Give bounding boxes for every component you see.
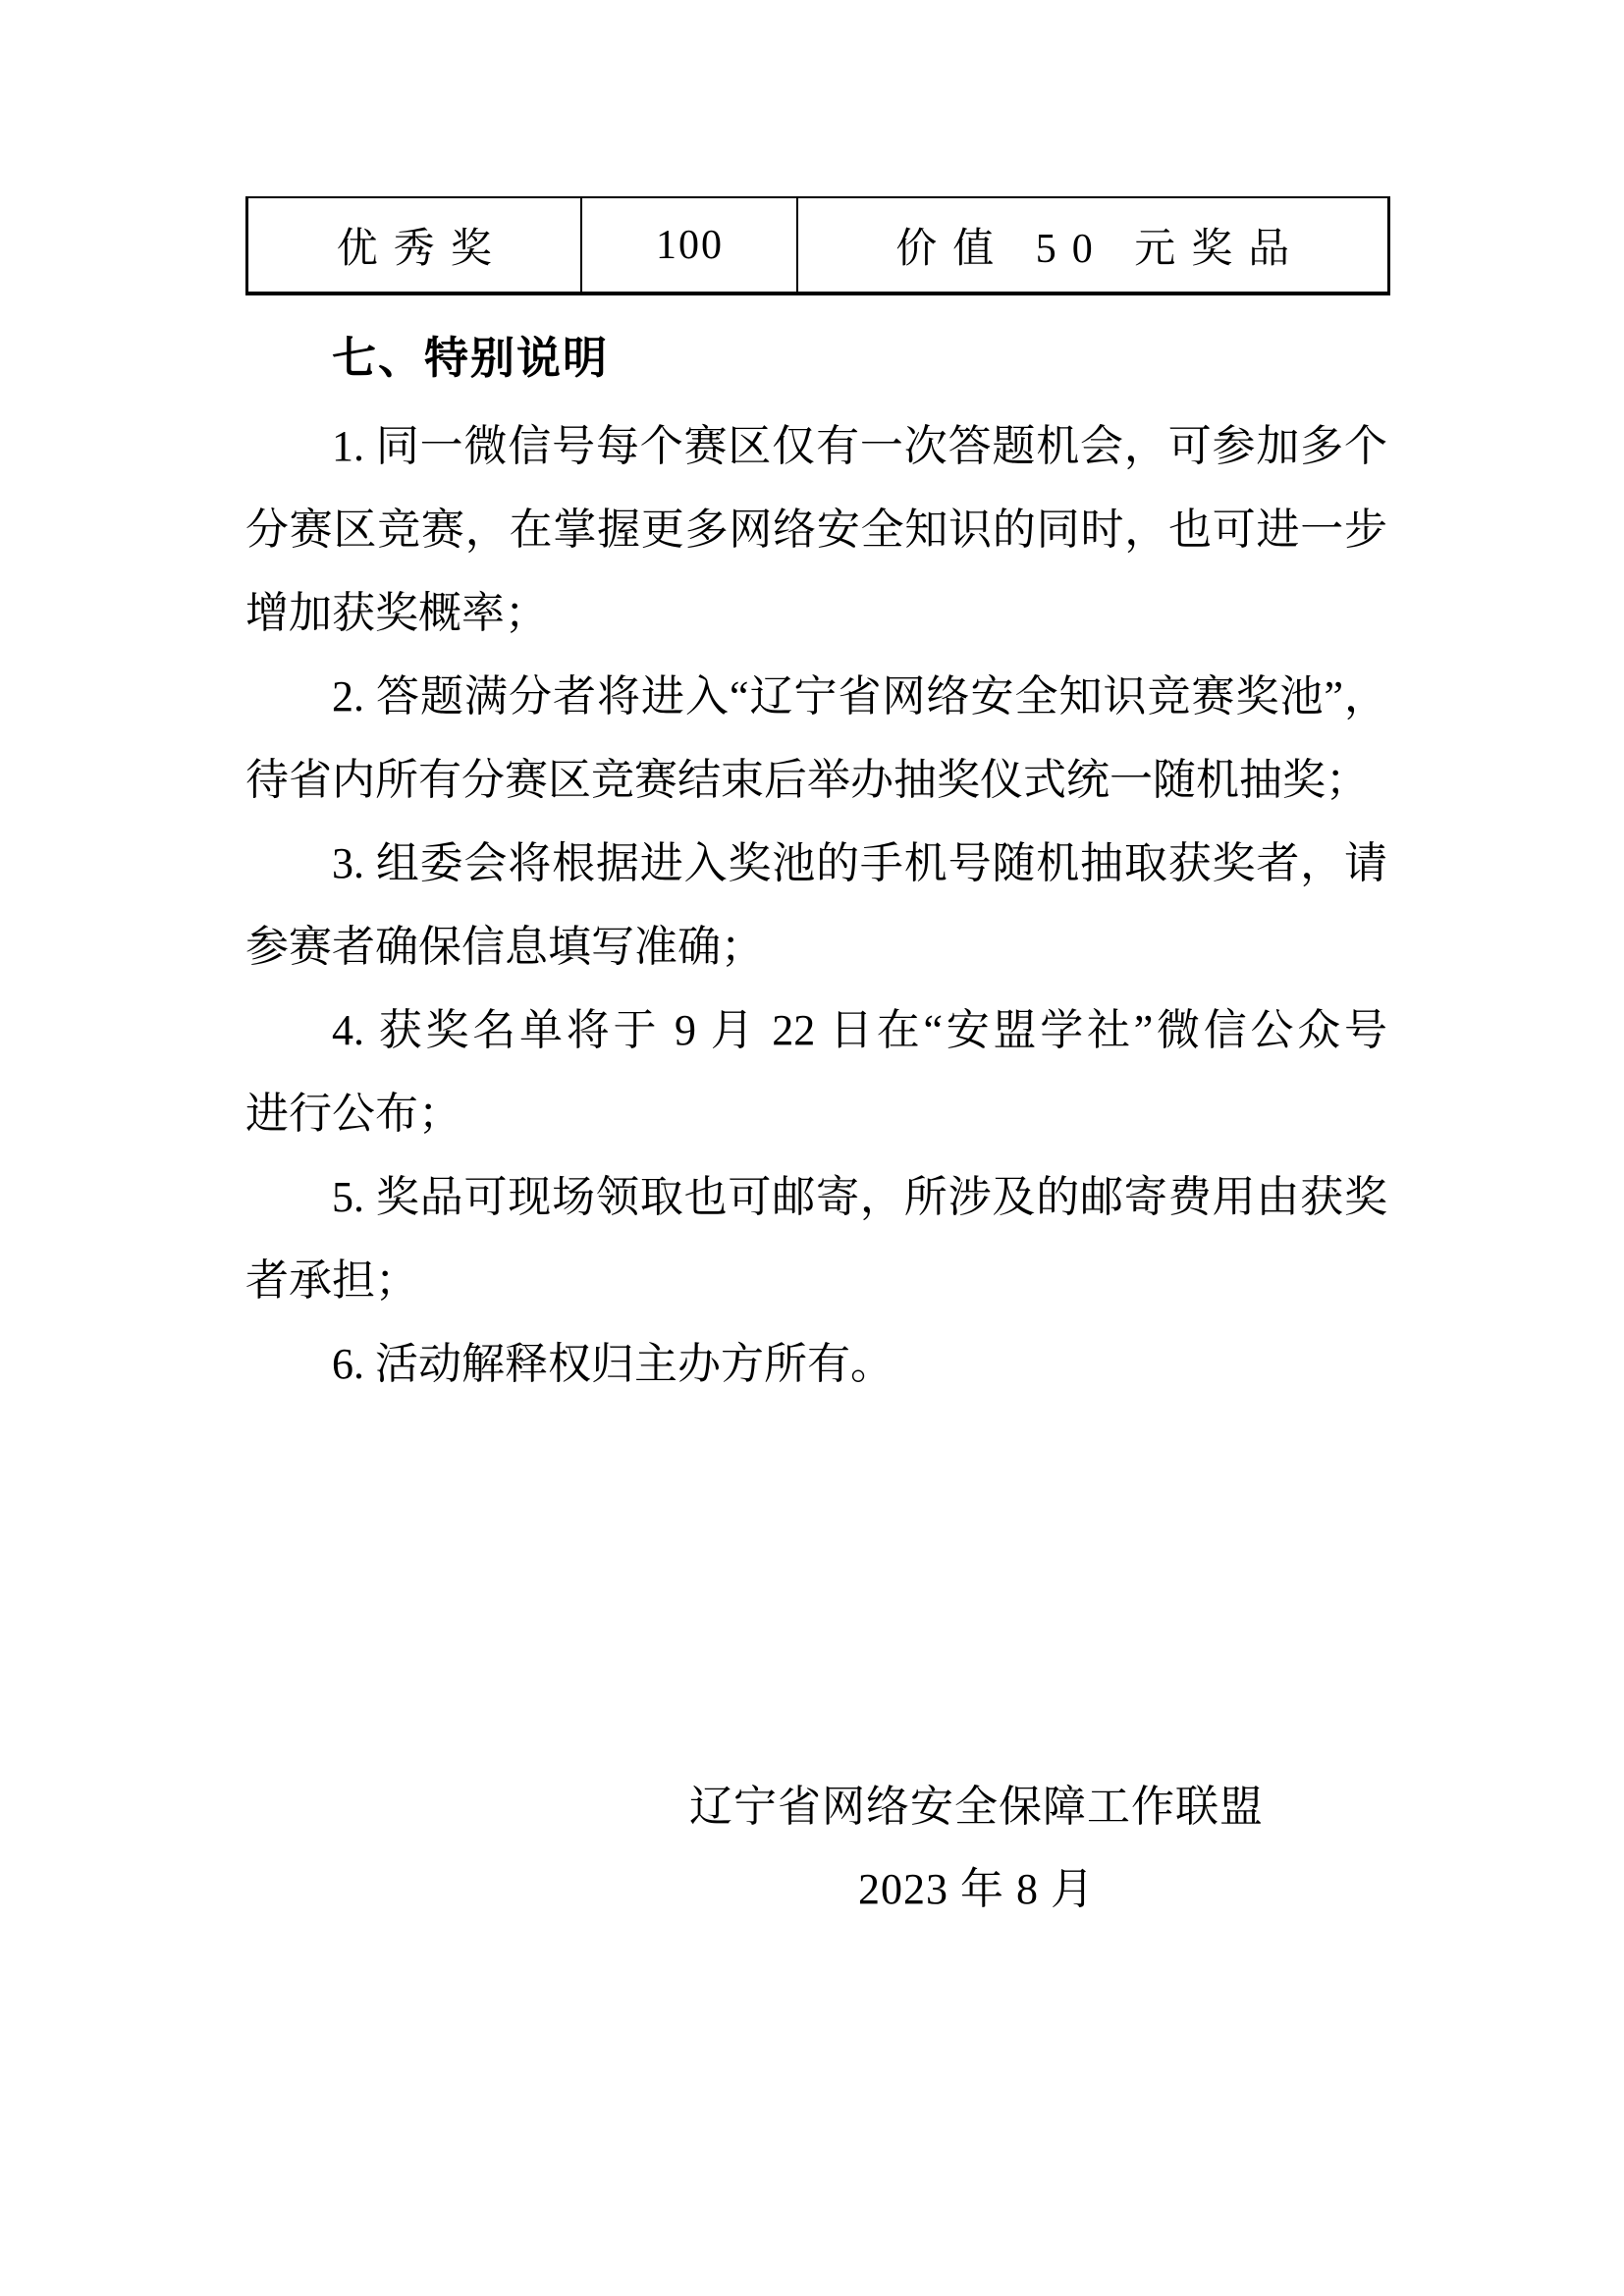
document-page: 优秀奖100价值 50 元奖品 七、特别说明 1. 同一微信号每个赛区仅有一次答… xyxy=(0,0,1624,2296)
paragraph-line: 5. 奖品可现场领取也可邮寄，所涉及的邮寄费用由获奖 xyxy=(245,1155,1387,1239)
paragraph-line: 分赛区竞赛，在掌握更多网络安全知识的同时，也可进一步 xyxy=(245,488,1387,571)
paragraph-line: 增加获奖概率； xyxy=(245,571,1387,655)
paragraph-line: 参赛者确保信息填写准确； xyxy=(245,905,1387,988)
paragraph-line: 3. 组委会将根据进入奖池的手机号随机抽取获奖者，请 xyxy=(245,822,1387,905)
paragraph-line: 待省内所有分赛区竞赛结束后举办抽奖仪式统一随机抽奖； xyxy=(245,738,1387,822)
paragraph: 3. 组委会将根据进入奖池的手机号随机抽取获奖者，请参赛者确保信息填写准确； xyxy=(245,822,1387,988)
paragraph: 6. 活动解释权归主办方所有。 xyxy=(245,1322,1387,1406)
section-heading: 七、特别说明 xyxy=(245,317,1387,400)
table-cell: 价值 50 元奖品 xyxy=(797,197,1389,294)
paragraph: 4. 获奖名单将于 9 月 22 日在“安盟学社”微信公众号进行公布； xyxy=(245,988,1387,1155)
paragraph-line: 2. 答题满分者将进入“辽宁省网络安全知识竞赛奖池”， xyxy=(245,655,1387,738)
table-cell: 优秀奖 xyxy=(247,197,581,294)
paragraph: 1. 同一微信号每个赛区仅有一次答题机会，可参加多个分赛区竞赛，在掌握更多网络安… xyxy=(245,404,1387,655)
paragraph: 2. 答题满分者将进入“辽宁省网络安全知识竞赛奖池”，待省内所有分赛区竞赛结束后… xyxy=(245,655,1387,822)
page-content: 优秀奖100价值 50 元奖品 七、特别说明 1. 同一微信号每个赛区仅有一次答… xyxy=(245,196,1387,1931)
paragraph-line: 进行公布； xyxy=(245,1072,1387,1155)
paragraph-line: 4. 获奖名单将于 9 月 22 日在“安盟学社”微信公众号 xyxy=(245,988,1387,1072)
table-row: 优秀奖100价值 50 元奖品 xyxy=(247,197,1389,294)
award-table-body: 优秀奖100价值 50 元奖品 xyxy=(247,197,1389,294)
award-table: 优秀奖100价值 50 元奖品 xyxy=(245,196,1390,295)
paragraph: 5. 奖品可现场领取也可邮寄，所涉及的邮寄费用由获奖者承担； xyxy=(245,1155,1387,1322)
paragraph-line: 1. 同一微信号每个赛区仅有一次答题机会，可参加多个 xyxy=(245,404,1387,488)
signature-block: 辽宁省网络安全保障工作联盟 2023 年 8 月 xyxy=(566,1766,1387,1931)
paragraph-list: 1. 同一微信号每个赛区仅有一次答题机会，可参加多个分赛区竞赛，在掌握更多网络安… xyxy=(245,404,1387,1406)
paragraph-line: 6. 活动解释权归主办方所有。 xyxy=(245,1322,1387,1406)
table-cell: 100 xyxy=(581,197,797,294)
paragraph-line: 者承担； xyxy=(245,1239,1387,1322)
signature-org: 辽宁省网络安全保障工作联盟 xyxy=(566,1766,1387,1848)
signature-date: 2023 年 8 月 xyxy=(566,1848,1387,1931)
